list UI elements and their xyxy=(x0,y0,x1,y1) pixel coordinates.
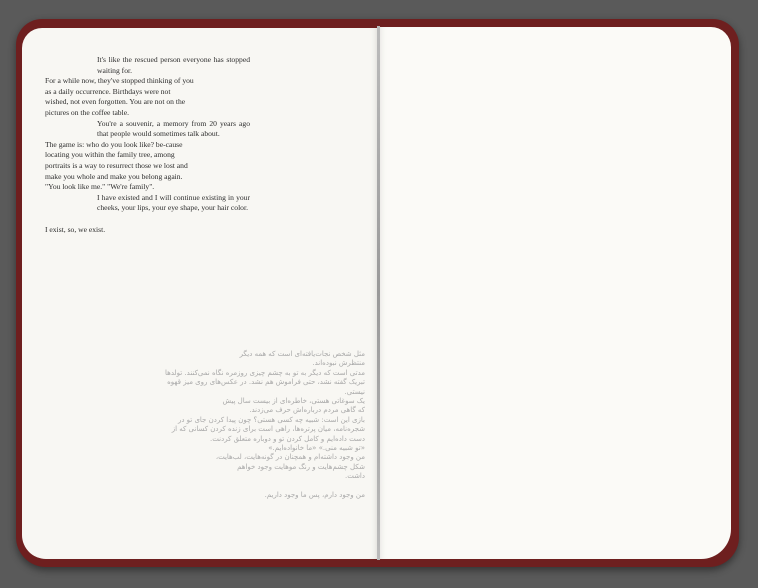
paragraph-souvenir: You're a souvenir, a memory from 20 year… xyxy=(45,119,250,140)
right-page xyxy=(379,27,731,559)
paragraph-i-exist: I exist, so, we exist. xyxy=(45,225,250,236)
spacer xyxy=(155,482,365,491)
english-text-block: It's like the rescued person everyone ha… xyxy=(45,55,250,235)
fa-paragraph-rescued: مثل شخص نجات‌یافته‌ای است که همه دیگر من… xyxy=(155,350,365,369)
persian-text-block: مثل شخص نجات‌یافته‌ای است که همه دیگر من… xyxy=(155,350,365,500)
spacer xyxy=(45,214,250,225)
fa-paragraph-existed: من وجود داشته‌ام و همچنان در گونه‌هایت، … xyxy=(155,453,365,481)
paragraph-rescued: It's like the rescued person everyone ha… xyxy=(45,55,250,76)
fa-paragraph-daily: مدتی است که دیگر به تو به چشم چیزی روزمر… xyxy=(155,369,365,397)
fa-paragraph-game: بازی این است: شبیه چه کسی هستی؟ چون پیدا… xyxy=(155,416,365,444)
paragraph-game: The game is: who do you look like? be-ca… xyxy=(45,140,195,182)
fa-paragraph-souvenir: یک سوغاتی هستی، خاطره‌ای از بیست سال پیش… xyxy=(155,397,365,416)
notebook-spine xyxy=(377,26,380,560)
paragraph-daily: For a while now, they've stopped thinkin… xyxy=(45,76,195,118)
paragraph-look-like-me: "You look like me." "We're family". xyxy=(45,182,250,193)
paragraph-existed: I have existed and I will continue exist… xyxy=(45,193,250,214)
fa-paragraph-i-exist: من وجود دارم، پس ما وجود داریم. xyxy=(155,491,365,500)
